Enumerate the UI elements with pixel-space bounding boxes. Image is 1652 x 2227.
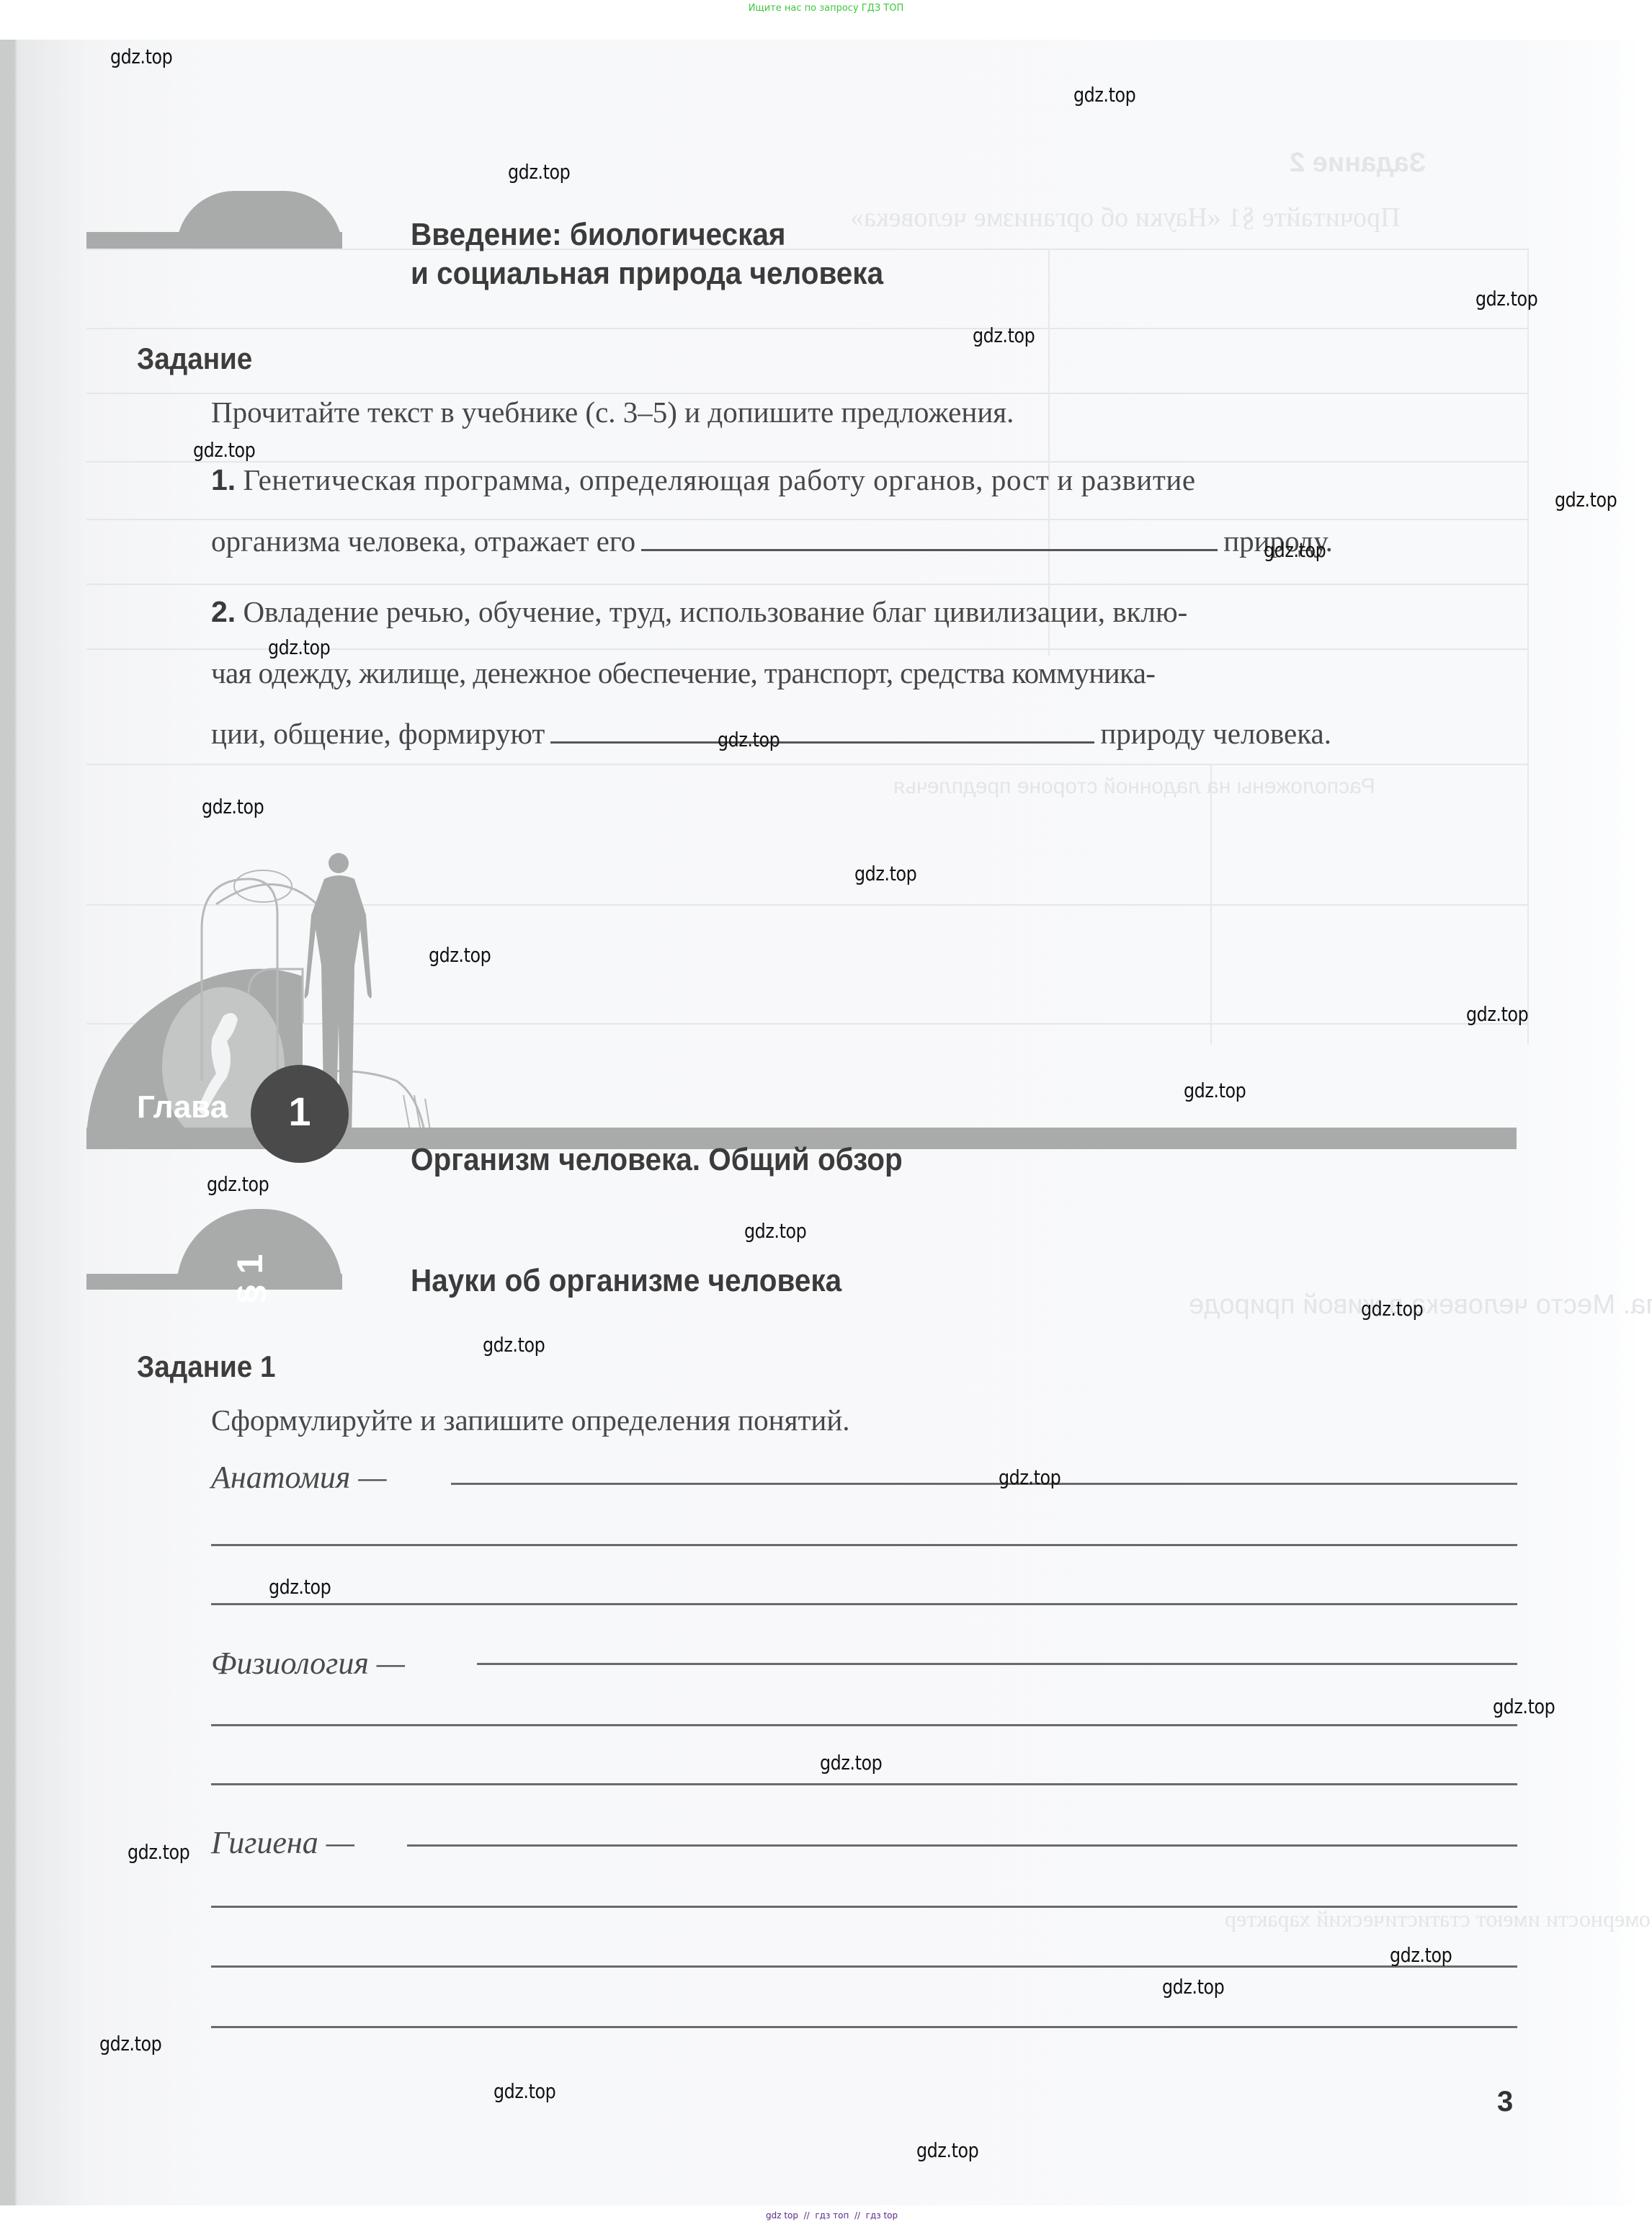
hygiene-answer-line-1[interactable] bbox=[407, 1844, 1517, 1847]
chapter-title: Организм человека. Общий обзор bbox=[411, 1140, 903, 1180]
section-instruction: Сформулируйте и запишите определения пон… bbox=[211, 1403, 850, 1437]
watermark: gdz.top bbox=[268, 635, 330, 659]
promo-banner[interactable]: Ищите нас по запросу ГДЗ ТОП bbox=[0, 3, 1652, 14]
watermark: gdz.top bbox=[1264, 538, 1326, 562]
watermark: gdz.top bbox=[269, 1575, 331, 1599]
section-title: Науки об организме человека bbox=[411, 1261, 841, 1301]
hygiene-answer-line-4[interactable] bbox=[211, 2026, 1517, 2028]
term-hygiene: Гигиена — bbox=[211, 1824, 354, 1861]
item-2-line1: 2. Овладение речью, обучение, труд, испо… bbox=[211, 594, 1187, 629]
item-1-answer-blank[interactable] bbox=[641, 548, 1218, 551]
watermark: gdz.top bbox=[1361, 1297, 1423, 1321]
watermark: gdz.top bbox=[1493, 1695, 1555, 1718]
watermark: gdz.top bbox=[1466, 1002, 1528, 1026]
watermark: gdz.top bbox=[820, 1751, 882, 1775]
section-task-heading: Задание 1 bbox=[137, 1349, 276, 1384]
watermark: gdz.top bbox=[494, 2079, 555, 2103]
header-bar-decoration bbox=[86, 232, 342, 249]
watermark: gdz.top bbox=[429, 943, 491, 967]
item-1-number: 1. bbox=[211, 463, 236, 496]
watermark: gdz.top bbox=[744, 1219, 806, 1243]
intro-title-line1: Введение: биологическая bbox=[411, 215, 786, 255]
anatomy-answer-line-2[interactable] bbox=[211, 1544, 1517, 1546]
item-2-answer-blank[interactable] bbox=[550, 741, 1094, 744]
physiology-answer-line-1[interactable] bbox=[477, 1663, 1517, 1665]
watermark: gdz.top bbox=[128, 1840, 189, 1864]
anatomy-answer-line-3[interactable] bbox=[211, 1603, 1517, 1605]
term-anatomy: Анатомия — bbox=[211, 1459, 386, 1496]
watermark: gdz.top bbox=[207, 1172, 269, 1196]
chapter-label: Глава bbox=[137, 1089, 228, 1125]
hygiene-answer-line-2[interactable] bbox=[211, 1906, 1517, 1908]
watermark: gdz.top bbox=[1475, 287, 1537, 311]
section-symbol: § 1 bbox=[229, 1254, 271, 1304]
item-2-number: 2. bbox=[211, 595, 236, 628]
chapter-number-badge: 1 bbox=[251, 1065, 349, 1163]
watermark: gdz.top bbox=[193, 438, 255, 462]
item-1-line2: организма человека, отражает егоприроду. bbox=[211, 524, 1333, 558]
term-physiology: Физиология — bbox=[211, 1645, 405, 1682]
intro-instruction: Прочитайте текст в учебнике (с. 3–5) и д… bbox=[211, 395, 1014, 429]
watermark: gdz.top bbox=[1555, 488, 1617, 512]
item-1-line1: 1. Генетическая программа, определяющая … bbox=[211, 463, 1196, 497]
intro-task-heading: Задание bbox=[137, 342, 252, 376]
hygiene-answer-line-3[interactable] bbox=[211, 1965, 1517, 1968]
item-2-line2: чая одежду, жилище, денежное обеспечение… bbox=[211, 656, 1155, 690]
watermark: gdz.top bbox=[973, 323, 1035, 347]
watermark: gdz.top bbox=[854, 862, 916, 885]
physiology-answer-line-3[interactable] bbox=[211, 1783, 1517, 1785]
watermark: gdz.top bbox=[1184, 1079, 1246, 1102]
watermark: gdz.top bbox=[508, 160, 570, 184]
watermark: gdz.top bbox=[1073, 83, 1135, 107]
physiology-answer-line-2[interactable] bbox=[211, 1724, 1517, 1726]
watermark: gdz.top bbox=[916, 2138, 978, 2162]
watermark: gdz.top bbox=[999, 1465, 1061, 1489]
watermark: gdz.top bbox=[1162, 1975, 1224, 1999]
watermark: gdz.top bbox=[718, 728, 780, 751]
watermark: gdz.top bbox=[1390, 1943, 1452, 1967]
watermark: gdz.top bbox=[99, 2032, 161, 2056]
watermark: gdz.top bbox=[483, 1333, 545, 1357]
footer-links[interactable]: gdz top // гдз топ // гдз top bbox=[766, 2210, 898, 2221]
watermark: gdz.top bbox=[202, 795, 264, 818]
page-number: 3 bbox=[1497, 2086, 1513, 2118]
intro-title-line2: и социальная природа человека bbox=[411, 254, 883, 294]
anatomy-answer-line-1[interactable] bbox=[451, 1483, 1517, 1485]
watermark: gdz.top bbox=[110, 45, 172, 68]
section-bar-decoration bbox=[86, 1274, 342, 1290]
